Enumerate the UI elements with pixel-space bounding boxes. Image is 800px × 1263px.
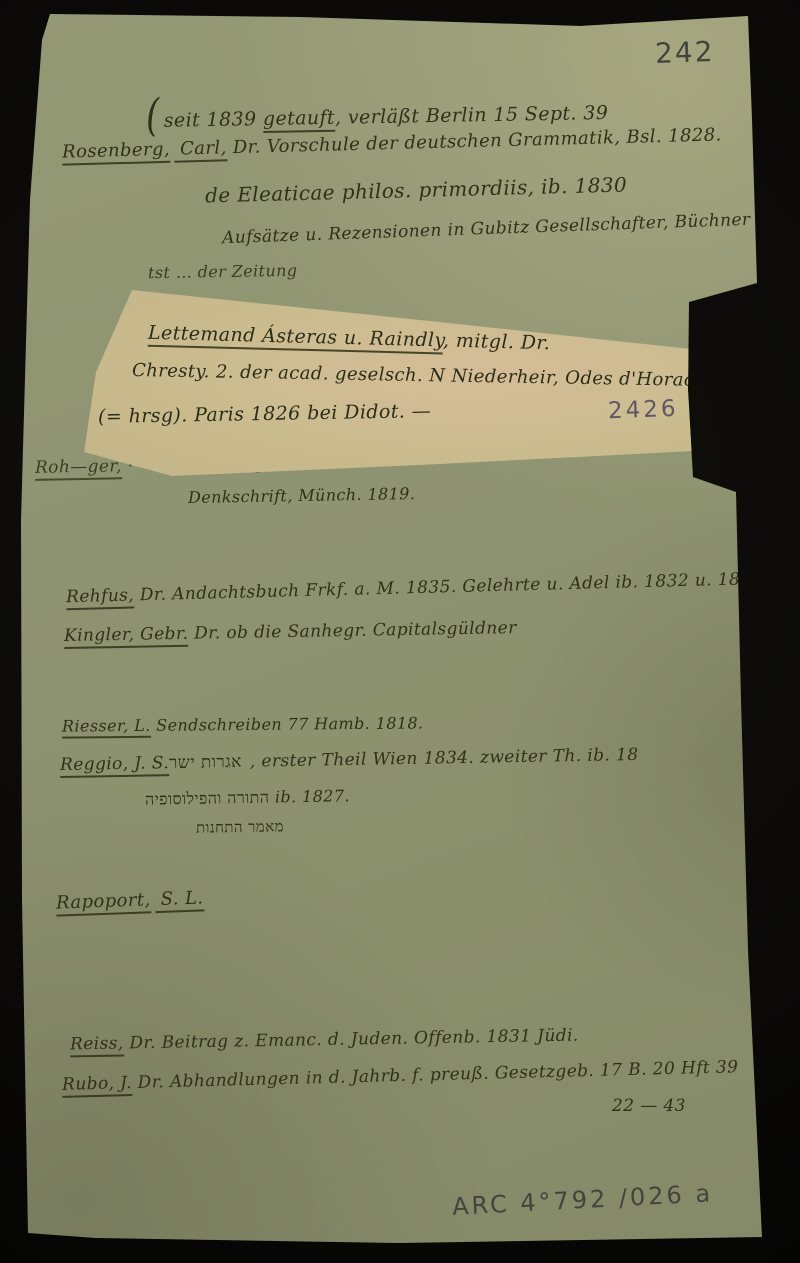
entry-reiss: Reiss, Dr. Beitrag z. Emanc. d. Juden. O… bbox=[70, 1026, 579, 1055]
entry-rapoport: Rapoport, S. L. bbox=[56, 887, 204, 913]
entry-rehfus: Rehfus, Dr. Andachtsbuch Frkf. a. M. 183… bbox=[66, 569, 769, 607]
entry-text: Dr. ob die Sanhegr. Capitalsgüldner bbox=[188, 618, 517, 644]
slip-line-2: Chresty. 2. der acad. geselsch. N Nieder… bbox=[132, 360, 706, 391]
entry-rubo: Rubo, J. Dr. Abhandlungen in d. Jahrb. f… bbox=[62, 1057, 739, 1095]
slip-underlined-names: Lettemand Ásteras u. Raindly bbox=[148, 322, 444, 355]
hebrew-title: התורה והפילוסופיה bbox=[145, 788, 270, 809]
entry-text: Sendschreiben 77 Hamb. 1818. bbox=[151, 713, 424, 734]
entry-name: Rosenberg, bbox=[62, 139, 170, 166]
entry-name: Reiss, bbox=[70, 1034, 124, 1058]
archive-mark: ARC 4°792 /026 a bbox=[451, 1179, 713, 1221]
entry-text: Dr. Abhandlungen in d. Jahrb. f. preuß. … bbox=[132, 1057, 739, 1093]
entry-text: Dr. Beitrag z. Emanc. d. Juden. Offenb. … bbox=[123, 1026, 578, 1054]
manuscript-page: 242 (seit 1839 getauft, verläßt Berlin 1… bbox=[0, 0, 800, 1263]
entry-eleaticae: de Eleaticae philos. primordiis, ib. 183… bbox=[205, 172, 628, 207]
note-underlined: getauft bbox=[263, 107, 336, 133]
slip-text: , mitgl. Dr. bbox=[443, 329, 551, 354]
note-pre: seit 1839 bbox=[164, 108, 264, 132]
slip-number: 2426 bbox=[608, 396, 679, 424]
entry-text: Dr. Andachtsbuch Frkf. a. M. 1835. Geleh… bbox=[134, 569, 769, 606]
entry-aufsaetze: Aufsätze u. Rezensionen in Gubitz Gesell… bbox=[222, 210, 751, 248]
entry-kingler: Kingler, Gebr. Dr. ob die Sanhegr. Capit… bbox=[64, 618, 517, 646]
entry-firstname: Carl, bbox=[174, 137, 227, 162]
entry-reggio-hebrew-3: מאמר התחנות bbox=[196, 817, 284, 838]
page-number: 242 bbox=[654, 35, 715, 70]
slip-line-3: (= hrsg). Paris 1826 bei Didot. — bbox=[98, 400, 431, 428]
entry-name: Riesser, L. bbox=[62, 716, 151, 739]
entry-denkschrift: Denkschrift, Münch. 1819. bbox=[188, 484, 416, 507]
entry-name: Roh—ger, bbox=[35, 456, 122, 481]
entry-name: Rubo, J. bbox=[62, 1073, 132, 1098]
brace-mark: ( bbox=[146, 90, 161, 142]
entry-hebrew-title: אגרות ישר bbox=[169, 752, 242, 773]
entry-reggio: Reggio, J. S.אגרות ישר, erster Theil Wie… bbox=[60, 745, 639, 775]
entry-rubo-pages: 22 — 43 bbox=[612, 1096, 686, 1116]
entry-initials: S. L. bbox=[154, 887, 204, 913]
slip-line-1: Lettemand Ásteras u. Raindly, mitgl. Dr. bbox=[148, 322, 551, 355]
entry-reggio-hebrew-2: התורה והפילוסופיה ib. 1827. bbox=[145, 786, 350, 810]
note-post: , verläßt Berlin 15 Sept. 39 bbox=[335, 102, 609, 129]
entry-text: ib. 1827. bbox=[269, 786, 350, 806]
entry-text: , erster Theil Wien 1834. zweiter Th. ib… bbox=[250, 745, 639, 772]
entry-name: Rehfus, bbox=[66, 585, 135, 610]
entry-riesser: Riesser, L. Sendschreiben 77 Hamb. 1818. bbox=[62, 713, 424, 735]
entry-zeitung-fragment: tst … der Zeitung bbox=[148, 261, 298, 283]
entry-name: Kingler, Gebr. bbox=[64, 624, 189, 649]
entry-name: Rapoport, bbox=[56, 889, 151, 916]
pasted-slip: Lettemand Ásteras u. Raindly, mitgl. Dr.… bbox=[80, 285, 786, 481]
entry-name: Reggio, J. S. bbox=[60, 753, 169, 778]
